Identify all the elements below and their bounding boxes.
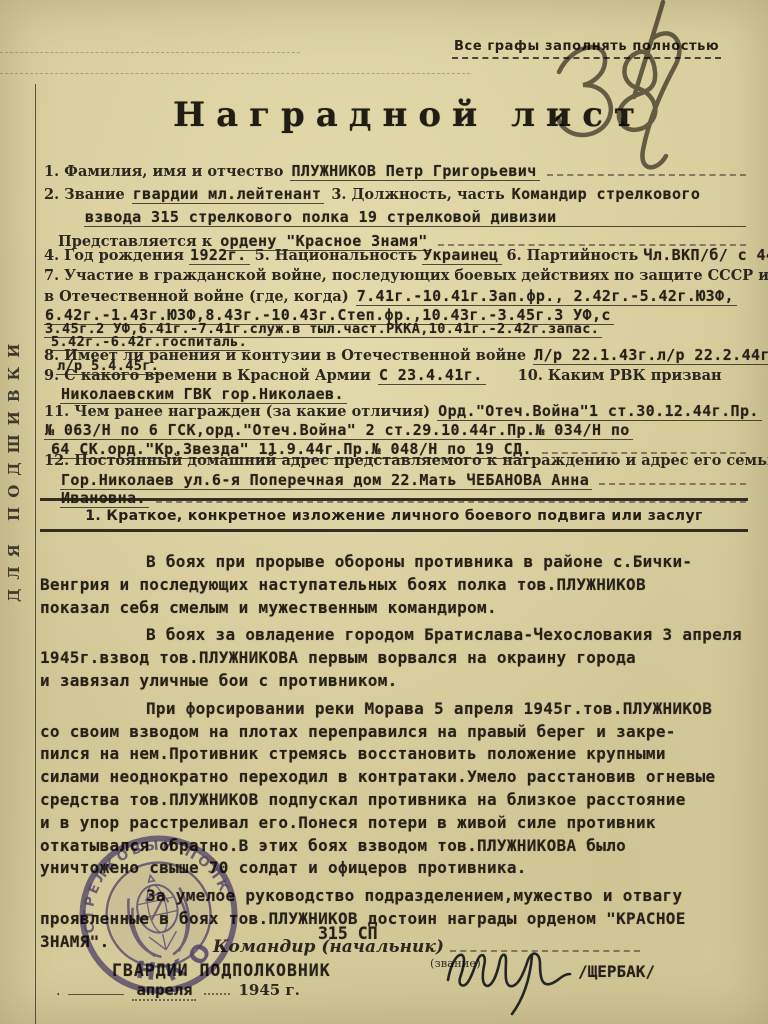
- position-value-2: взвода 315 стрелкового полка 19 стрелков…: [84, 208, 746, 227]
- pencil-digit-3: [558, 47, 611, 135]
- body-line: средства тов.ПЛУЖНИКОВ подпускал противн…: [40, 789, 752, 812]
- commander-signature: [436, 934, 576, 1016]
- body-line: пился на нем.Противник стремясь восстано…: [40, 743, 752, 766]
- body-line: 1945г.взвод тов.ПЛУЖНИКОВА первым ворвал…: [40, 647, 752, 670]
- service-history-label-row: 7. Участие в гражданской войне, последую…: [44, 267, 746, 284]
- army-since-row: 9. С какого времени в Красной Армии С 23…: [44, 366, 746, 385]
- position-label: 3. Должность, часть: [331, 186, 504, 203]
- ruling-line: [547, 161, 746, 176]
- signed-name: /ЩЕРБАК/: [578, 962, 655, 981]
- drafted-by-label: 10. Каким РВК призван: [518, 367, 722, 384]
- body-line: показал себя смелым и мужественным коман…: [40, 597, 752, 620]
- body-line: Венгрия и последующих наступательных боя…: [40, 574, 752, 597]
- army-since-value: С 23.4.41г.: [378, 366, 486, 385]
- name-label: 1. Фамилия, имя и отчество: [44, 163, 283, 180]
- nationality-label: 5. Национальность: [255, 247, 417, 264]
- position-value: Командир стрелкового: [512, 185, 701, 203]
- signature-scribble: [448, 954, 570, 987]
- party-label: 6. Партийность: [507, 247, 639, 264]
- previous-awards-row-2: № 063/Н по 6 ГСК,орд."Отеч.Война" 2 ст.2…: [44, 421, 746, 440]
- rank-label: 2. Звание: [44, 186, 125, 203]
- commander-row: Командир (начальник): [213, 937, 653, 957]
- pencil-stroke: [634, 2, 663, 97]
- nationality-value: Украинец: [422, 246, 501, 265]
- date-prefix: .: [56, 983, 60, 999]
- previous-awards-value-2: № 063/Н по 6 ГСК,орд."Отеч.Война" 2 ст.2…: [44, 421, 633, 440]
- home-address-label-row: 12. Постоянный домашний адрес представля…: [44, 452, 746, 469]
- previous-awards-row: 11. Чем ранее награжден (за какие отличи…: [44, 402, 746, 421]
- previous-awards-value-1: Орд."Отеч.Война"1 ст.30.12.44г.Пр.: [437, 402, 762, 421]
- ruling-line: [438, 231, 746, 246]
- birth-nationality-party-row: 4. Год рождения 1922г. 5. Национальность…: [44, 246, 768, 265]
- name-value: ПЛУЖНИКОВ Петр Григорьевич: [290, 162, 539, 181]
- party-value: Чл.ВКП/б/ с 44г: [643, 246, 768, 264]
- body-line: В боях при прорыве обороны противника в …: [40, 551, 752, 574]
- award-sheet-document: ДЛЯ ПОДШИВКИ Все графы заполнять полност…: [0, 0, 768, 1024]
- home-address-label: 12. Постоянный домашний адрес представля…: [44, 452, 768, 469]
- filing-margin-rule: [35, 84, 36, 1024]
- home-address-row: Гор.Николаев ул.6-я Поперечная дом 22.Ма…: [44, 470, 746, 490]
- rank-position-row: 2. Звание гвардии мл.лейтенант 3. Должно…: [44, 185, 746, 204]
- service-history-row-1: в Отечественной войне (где, когда) 7.41г…: [44, 287, 746, 306]
- position-row-2: взвода 315 стрелкового полка 19 стрелков…: [44, 208, 746, 227]
- service-history-label: 7. Участие в гражданской войне, последую…: [44, 267, 768, 284]
- birth-year-label: 4. Год рождения: [44, 247, 184, 264]
- ruling-line: [599, 470, 746, 485]
- service-history-label-2: в Отечественной войне (где, когда): [44, 288, 349, 305]
- previous-awards-label: 11. Чем ранее награжден (за какие отличи…: [44, 403, 430, 420]
- birth-year-value: 1922г.: [189, 246, 250, 265]
- paper-crease: [0, 73, 470, 74]
- army-since-label: 9. С какого времени в Красной Армии: [44, 367, 371, 384]
- body-line: со своим взводом на плотах переправился …: [40, 721, 752, 744]
- name-row: 1. Фамилия, имя и отчество ПЛУЖНИКОВ Пет…: [44, 161, 746, 181]
- service-history-value-1: 7.41г.-10.41г.Зап.фр., 2.42г.-5.42г.ЮЗФ,: [356, 287, 737, 306]
- paper-crease: [0, 52, 300, 53]
- body-line: силами неоднократно переходил в контрата…: [40, 766, 752, 789]
- body-line: При форсировании реки Морава 5 апреля 19…: [40, 698, 752, 721]
- filing-margin-note: ДЛЯ ПОДШИВКИ: [5, 292, 23, 602]
- rank-value: гвардии мл.лейтенант: [132, 185, 325, 204]
- section-1-header: 1. Краткое, конкретное изложение личного…: [40, 498, 748, 532]
- body-line: и завязал уличные бои с противником.: [40, 670, 752, 693]
- body-line: В боях за овладение городом Братислава-Ч…: [40, 624, 752, 647]
